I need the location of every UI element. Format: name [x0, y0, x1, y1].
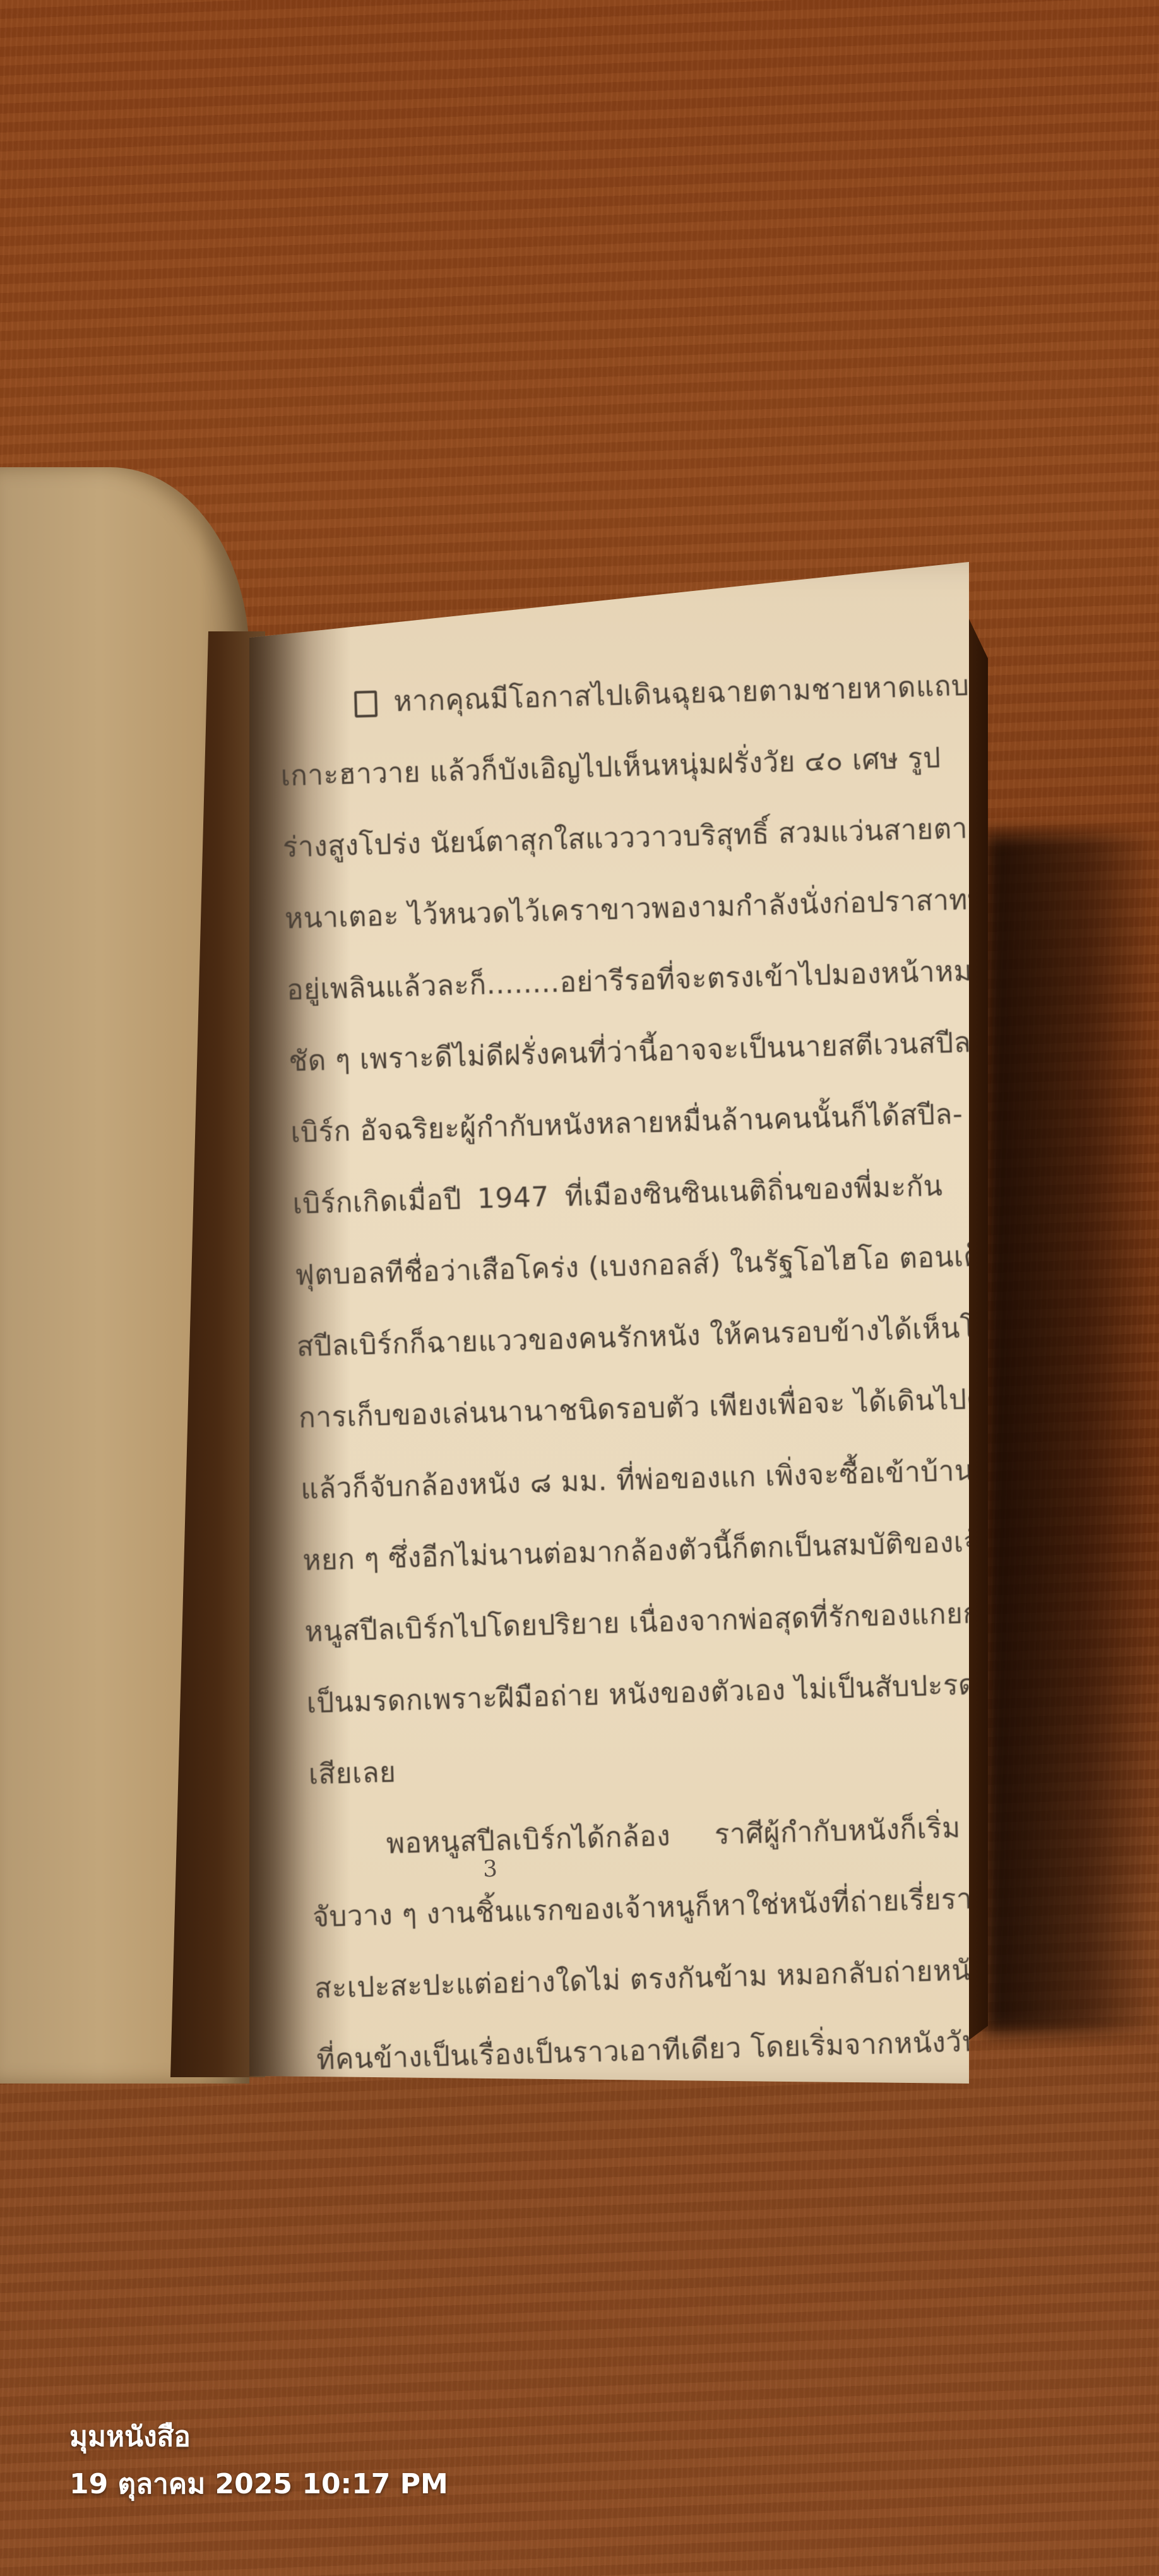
book-page: หากคุณมีโอกาสไปเดินฉุยฉายตามชายหาดแถบหมู…	[249, 562, 969, 2084]
photo-watermark: มุมหนังสือ 19 ตุลาคม 2025 10:17 PM	[69, 2418, 448, 2504]
page-text: หากคุณมีโอกาสไปเดินฉุยฉายตามชายหาดแถบหมู…	[278, 651, 972, 2238]
watermark-title: มุมหนังสือ	[69, 2418, 448, 2456]
book-shadow	[985, 833, 1159, 2033]
text-line: หยุดของครอบครัวที่พากันออกไปตั้งแค้มป์นอ…	[318, 2077, 970, 2167]
text-line: รอบบริเวณแค้มป์เท่านั้น สปีลเบิร์กก็วาดล…	[319, 2149, 972, 2238]
watermark-datetime: 19 ตุลาคม 2025 10:17 PM	[69, 2465, 448, 2504]
page-number: 3	[482, 1856, 497, 1883]
square-bullet-icon	[354, 691, 377, 718]
